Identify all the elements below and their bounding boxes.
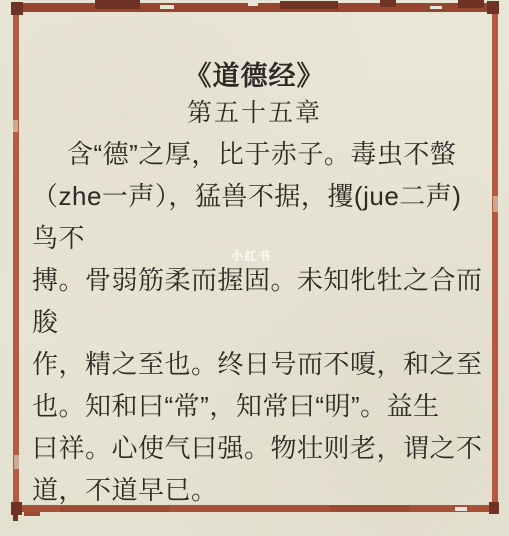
- chapter-title: 第五十五章: [0, 93, 509, 129]
- frame-texture-mark: [13, 514, 18, 521]
- frame-corner-mark: [487, 1, 499, 14]
- frame-texture-mark: [280, 1, 338, 9]
- frame-texture-mark: [380, 0, 396, 7]
- scripture-card: 《道德经》 第五十五章 含“德”之厚，比于赤子。毒虫不螫 （zhe一声），猛兽不…: [0, 0, 509, 536]
- book-title: 《道德经》: [0, 54, 509, 93]
- frame-texture-mark: [160, 5, 174, 9]
- frame-texture-mark: [95, 0, 140, 9]
- frame-corner-mark: [11, 2, 23, 15]
- frame-texture-mark: [430, 6, 442, 9]
- frame-texture-mark: [493, 196, 498, 212]
- frame-corner-mark: [489, 502, 499, 514]
- xiaohongshu-watermark: 小红书: [231, 247, 272, 264]
- frame-texture-mark: [248, 3, 258, 6]
- scripture-text: 含“德”之厚，比于赤子。毒虫不螫 （zhe一声），猛兽不据，攫(jue二声)鸟不…: [32, 133, 484, 511]
- frame-texture-mark: [14, 455, 19, 469]
- frame-texture-mark: [458, 0, 484, 8]
- frame-texture-mark: [24, 512, 40, 516]
